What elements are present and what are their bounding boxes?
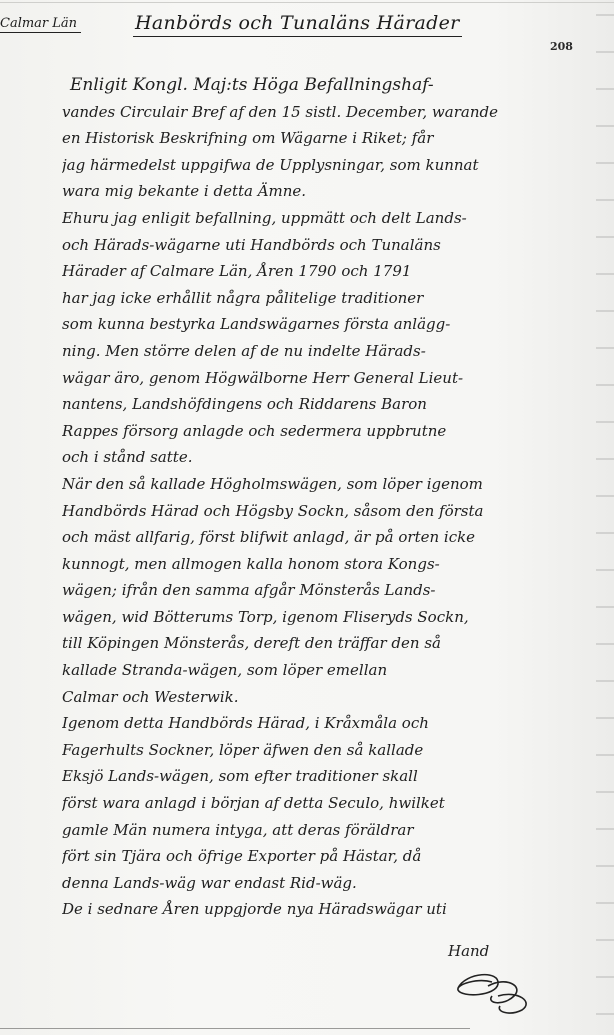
text-line: wara mig bekante i detta Ämne. <box>62 178 602 205</box>
text-line: som kunna bestyrka Landswägarnes första … <box>62 311 602 338</box>
text-line: wägen; ifrån den samma afgår Mönsterås L… <box>62 577 602 604</box>
text-line: fört sin Tjära och öfrige Exporter på Hä… <box>62 843 602 870</box>
catchword: Hand <box>448 942 489 960</box>
bottom-edge-rule <box>0 1028 470 1029</box>
manuscript-page: Calmar Län Hanbörds och Tunaläns Härader… <box>0 0 614 1035</box>
text-line: ning. Men större delen af de nu indelte … <box>62 338 602 365</box>
text-line: Eksjö Lands-wägen, som efter traditioner… <box>62 763 602 790</box>
text-line: gamle Män numera intyga, att deras föräl… <box>62 817 602 844</box>
text-line: och Härads-wägarne uti Handbörds och Tun… <box>62 232 602 259</box>
text-line: kunnogt, men allmogen kalla honom stora … <box>62 551 602 578</box>
page-number: 208 <box>550 40 573 53</box>
text-line: och i stånd satte. <box>62 444 602 471</box>
text-line: först wara anlagd i början af detta Secu… <box>62 790 602 817</box>
signature-flourish-icon <box>448 966 538 1016</box>
text-line: Rappes försorg anlagde och sedermera upp… <box>62 418 602 445</box>
text-line: Handbörds Härad och Högsby Sockn, såsom … <box>62 498 602 525</box>
text-line: vandes Circulair Bref af den 15 sistl. D… <box>62 99 602 126</box>
text-line: en Historisk Beskrifning om Wägarne i Ri… <box>62 125 602 152</box>
text-line: wägen, wid Bötterums Torp, igenom Fliser… <box>62 604 602 631</box>
text-line: jag härmedelst uppgifwa de Upplysningar,… <box>62 152 602 179</box>
text-line: Enligit Kongl. Maj:ts Höga Befallningsha… <box>62 72 602 99</box>
header-title: Hanbörds och Tunaläns Härader <box>133 12 462 37</box>
manuscript-body: Enligit Kongl. Maj:ts Höga Befallningsha… <box>62 72 602 923</box>
text-line: till Köpingen Mönsterås, dereft den träf… <box>62 630 602 657</box>
text-line: Igenom detta Handbörds Härad, i Kråxmåla… <box>62 710 602 737</box>
text-line: och mäst allfarig, först blifwit anlagd,… <box>62 524 602 551</box>
text-line: De i sednare Åren uppgjorde nya Häradswä… <box>62 896 602 923</box>
text-line: denna Lands-wäg war endast Rid-wäg. <box>62 870 602 897</box>
text-line: Calmar och Westerwik. <box>62 684 602 711</box>
text-line: När den så kallade Högholmswägen, som lö… <box>62 471 602 498</box>
text-line: wägar äro, genom Högwälborne Herr Genera… <box>62 365 602 392</box>
text-line: nantens, Landshöfdingens och Riddarens B… <box>62 391 602 418</box>
top-edge-rule <box>0 2 614 3</box>
text-line: Ehuru jag enligit befallning, uppmätt oc… <box>62 205 602 232</box>
text-line: Fagerhults Sockner, löper äfwen den så k… <box>62 737 602 764</box>
header-county-fragment: Calmar Län <box>0 16 81 33</box>
text-line: Härader af Calmare Län, Åren 1790 och 17… <box>62 258 602 285</box>
text-line: kallade Stranda-wägen, som löper emellan <box>62 657 602 684</box>
text-line: har jag icke erhållit några pålitelige t… <box>62 285 602 312</box>
